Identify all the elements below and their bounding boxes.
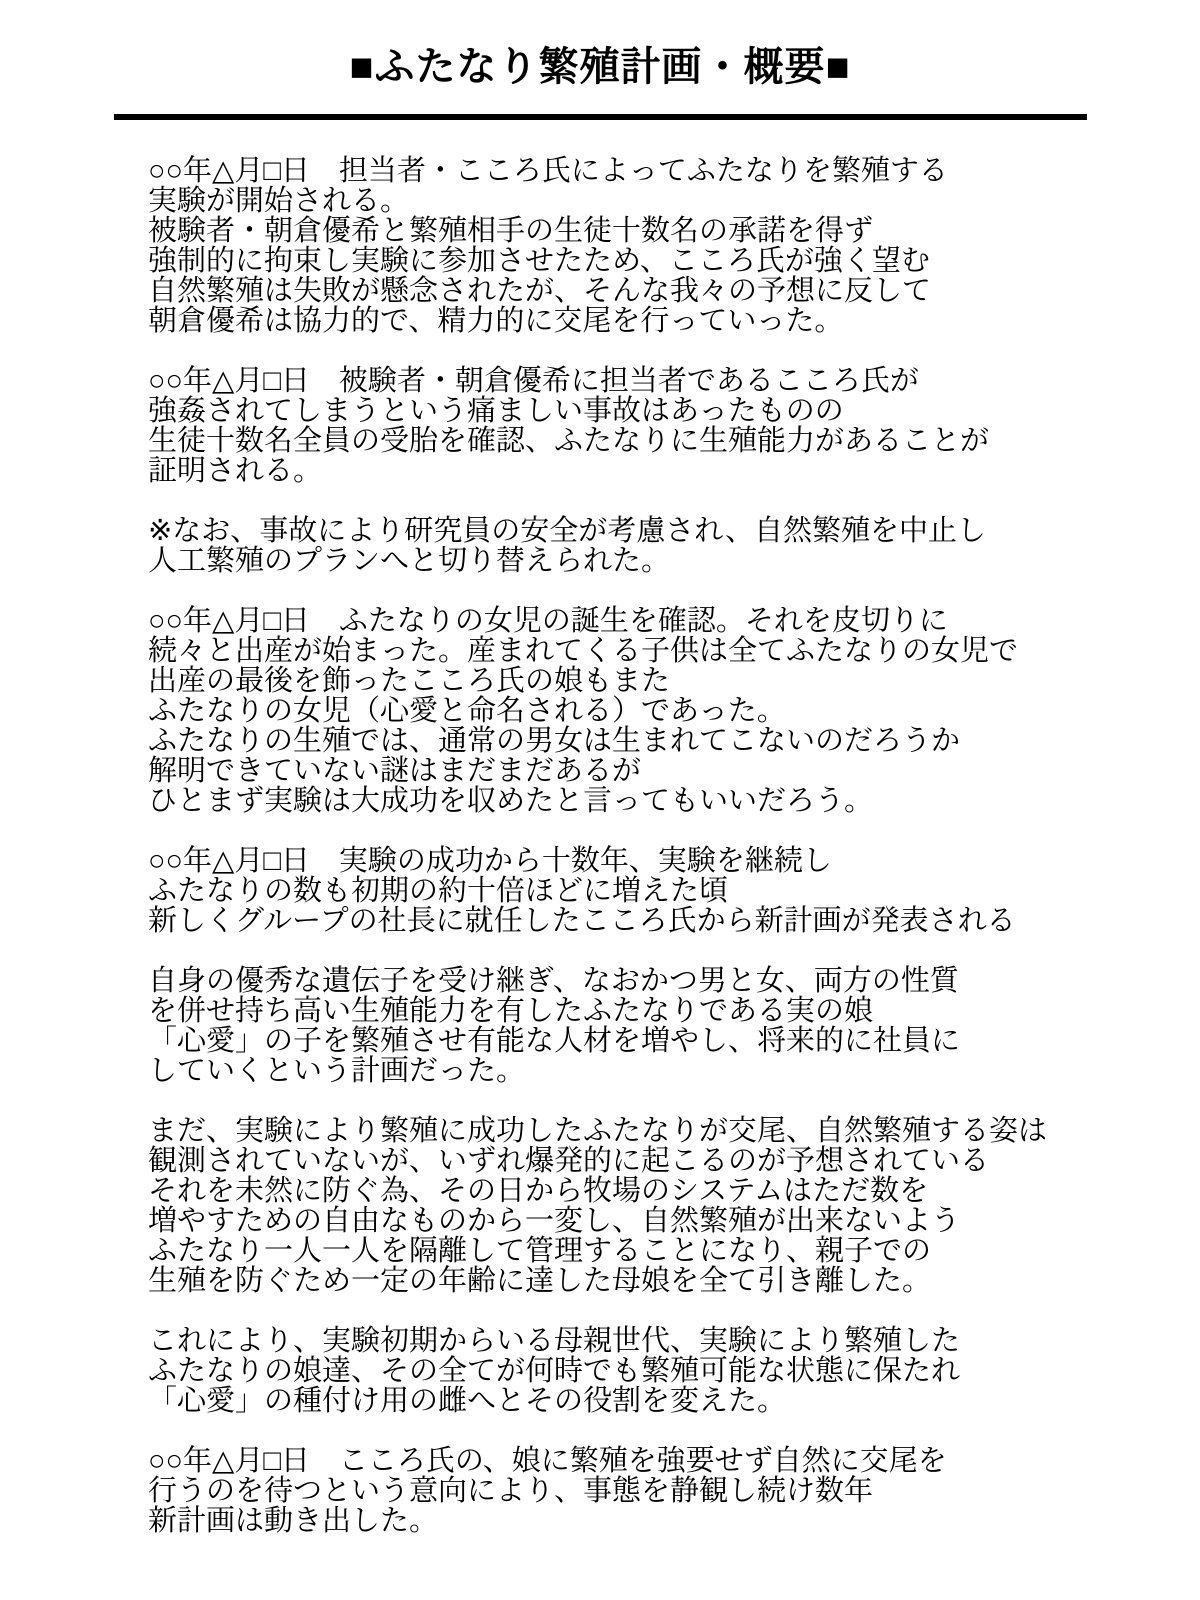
paragraph-role-change: これにより、実験初期からいる母親世代、実験により繁殖した ふたなりの娘達、その全…: [148, 1326, 1160, 1416]
title-divider: [114, 114, 1087, 120]
document-page: ■ふたなり繁殖計画・概要■ ○○年△月□日 担当者・こころ氏によってふたなりを繁…: [0, 0, 1200, 1600]
paragraph-births: ○○年△月□日 ふたなりの女児の誕生を確認。それを皮切りに 続々と出産が始まった…: [148, 606, 1160, 816]
paragraph-plan-details: 自身の優秀な遺伝子を受け継ぎ、なおかつ男と女、両方の性質 を併せ持ち高い生殖能力…: [148, 966, 1160, 1086]
paragraph-note-plan-change: ※なお、事故により研究員の安全が考慮され、自然繁殖を中止し 人工繁殖のプランへと…: [148, 516, 1160, 576]
paragraph-plan-in-motion: ○○年△月□日 こころ氏の、娘に繁殖を強要せず自然に交尾を 行うのを待つという意…: [148, 1446, 1160, 1536]
paragraph-conception-confirmed: ○○年△月□日 被験者・朝倉優希に担当者であるこころ氏が 強姦されてしまうという…: [148, 366, 1160, 486]
paragraph-isolation-system: まだ、実験により繁殖に成功したふたなりが交尾、自然繁殖する姿は 観測されていない…: [148, 1116, 1160, 1296]
paragraph-experiment-start: ○○年△月□日 担当者・こころ氏によってふたなりを繁殖する 実験が開始される。 …: [148, 156, 1160, 336]
document-title: ■ふたなり繁殖計画・概要■: [0, 0, 1200, 90]
document-body: ○○年△月□日 担当者・こころ氏によってふたなりを繁殖する 実験が開始される。 …: [148, 156, 1160, 1536]
paragraph-new-plan-announced: ○○年△月□日 実験の成功から十数年、実験を継続し ふたなりの数も初期の約十倍ほ…: [148, 846, 1160, 936]
